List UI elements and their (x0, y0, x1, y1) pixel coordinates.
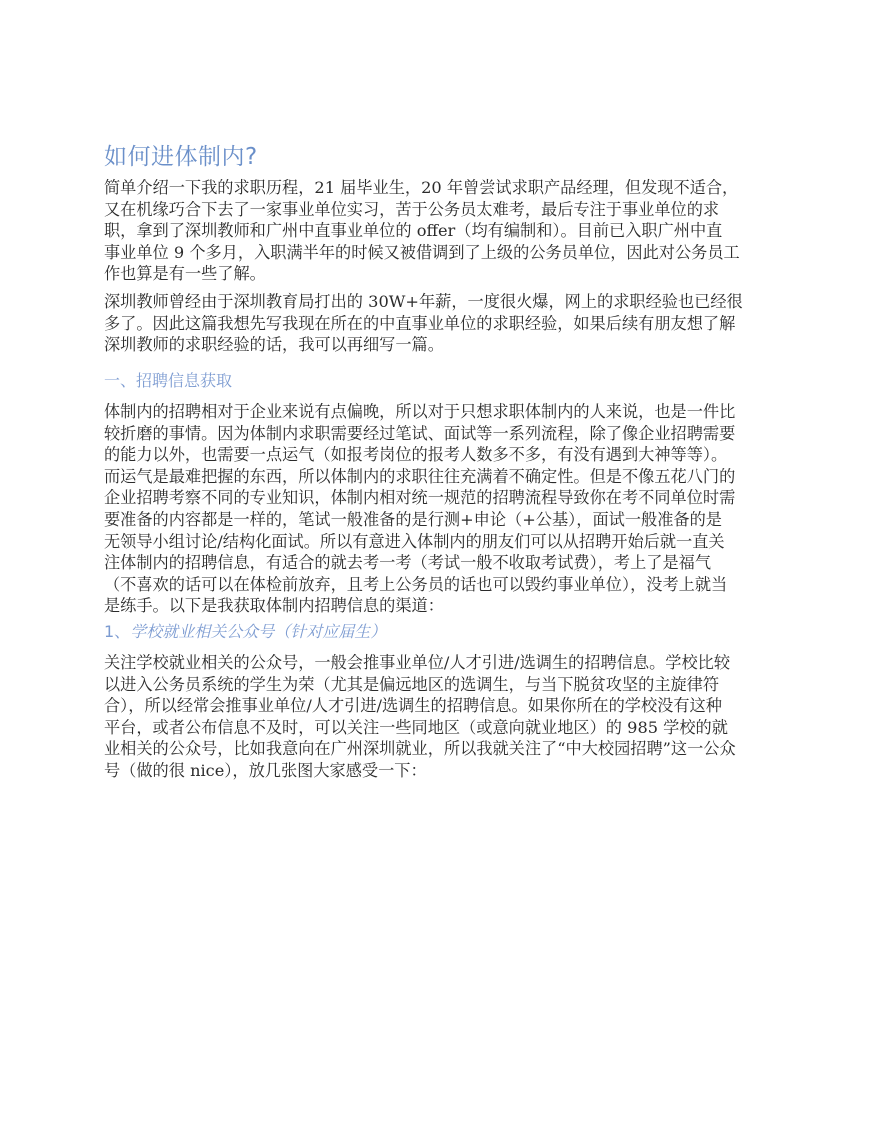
second-paragraph: 深圳教师曾经由于深圳教育局打出的 30W+年薪，一度很火爆，网上的求职经验也已经… (104, 291, 743, 356)
text-line: 多了。因此这篇我想先写我现在所在的中直事业单位的求职经验，如果后续有朋友想了解 (104, 313, 743, 335)
document-title: 如何进体制内? (104, 138, 258, 171)
text-line: 注体制内的招聘信息，有适合的就去考一考（考试一般不收取考试费），考上了是福气 (104, 552, 735, 574)
text-line: 合），所以经常会推事业单位/人才引进/选调生的招聘信息。如果你所在的学校没有这种 (104, 695, 736, 717)
subsection-heading-school-wechat: 1、学校就业相关公众号（针对应届生） (104, 619, 386, 642)
text-line: 以进入公务员系统的学生为荣（尤其是偏远地区的选调生，与当下脱贫攻坚的主旋律符 (104, 674, 736, 696)
text-line: 事业单位 9 个多月，入职满半年的时候又被借调到了上级的公务员单位，因此对公务员… (104, 242, 740, 264)
intro-paragraph: 简单介绍一下我的求职历程，21 届毕业生，20 年曾尝试求职产品经理，但发现不适… (104, 177, 740, 285)
text-line: 简单介绍一下我的求职历程，21 届毕业生，20 年曾尝试求职产品经理，但发现不适… (104, 177, 740, 199)
text-line: 作也算是有一些了解。 (104, 263, 740, 285)
text-line: 而运气是最难把握的东西，所以体制内的求职往往充满着不确定性。但是不像五花八门的 (104, 466, 735, 488)
text-line: 要准备的内容都是一样的，笔试一般准备的是行测+申论（+公基），面试一般准备的是 (104, 509, 735, 531)
text-line: 企业招聘考察不同的专业知识，体制内相对统一规范的招聘流程导致你在考不同单位时需 (104, 487, 735, 509)
subsection-title: 学校就业相关公众号（针对应届生） (130, 622, 386, 641)
text-line: 的能力以外，也需要一点运气（如报考岗位的报考人数多不多，有没有遇到大神等等）。 (104, 444, 735, 466)
section-heading-recruitment-info: 一、招聘信息获取 (104, 368, 232, 391)
text-line: 是练手。以下是我获取体制内招聘信息的渠道： (104, 595, 735, 617)
subsection-1-paragraph: 关注学校就业相关的公众号，一般会推事业单位/人才引进/选调生的招聘信息。学校比较… (104, 652, 736, 782)
text-line: 号（做的很 nice），放几张图大家感受一下： (104, 760, 736, 782)
text-line: 业相关的公众号，比如我意向在广州深圳就业，所以我就关注了“中大校园招聘”这一公众 (104, 738, 736, 760)
text-line: 较折磨的事情。因为体制内求职需要经过笔试、面试等一系列流程，除了像企业招聘需要 (104, 423, 735, 445)
text-line: 无领导小组讨论/结构化面试。所以有意进入体制内的朋友们可以从招聘开始后就一直关 (104, 531, 735, 553)
text-line: 平台，或者公布信息不及时，可以关注一些同地区（或意向就业地区）的 985 学校的… (104, 717, 736, 739)
text-line: 深圳教师曾经由于深圳教育局打出的 30W+年薪，一度很火爆，网上的求职经验也已经… (104, 291, 743, 313)
section-1-paragraph: 体制内的招聘相对于企业来说有点偏晚，所以对于只想求职体制内的人来说，也是一件比 … (104, 401, 735, 617)
text-line: 体制内的招聘相对于企业来说有点偏晚，所以对于只想求职体制内的人来说，也是一件比 (104, 401, 735, 423)
text-line: 关注学校就业相关的公众号，一般会推事业单位/人才引进/选调生的招聘信息。学校比较 (104, 652, 736, 674)
text-line: （不喜欢的话可以在体检前放弃，且考上公务员的话也可以毁约事业单位），没考上就当 (104, 574, 735, 596)
text-line: 又在机缘巧合下去了一家事业单位实习，苦于公务员太难考，最后专注于事业单位的求 (104, 199, 740, 221)
text-line: 深圳教师的求职经验的话，我可以再细写一篇。 (104, 334, 743, 356)
subsection-number: 1、 (104, 622, 130, 641)
text-line: 职，拿到了深圳教师和广州中直事业单位的 offer（均有编制和）。目前已入职广州… (104, 220, 740, 242)
